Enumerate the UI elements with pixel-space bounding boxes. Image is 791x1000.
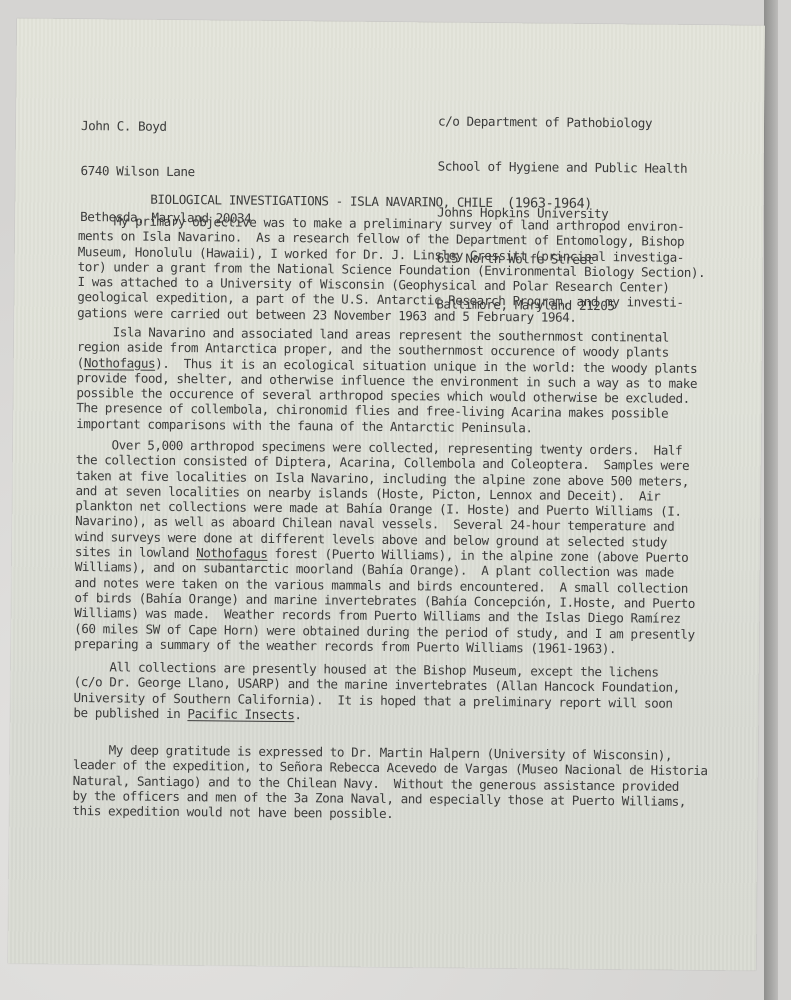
underlined-term: Pacific Insects (187, 706, 294, 722)
paragraph-setting: Isla Navarino and associated land areas … (76, 324, 698, 437)
title-text: BIOLOGICAL INVESTIGATIONS - ISLA NAVARIN… (150, 192, 492, 210)
underlined-term: Nothofagus (196, 545, 267, 561)
page-edge-shadow (764, 0, 778, 1000)
paragraph-acknowledgements: My deep gratitude is expressed to Dr. Ma… (72, 742, 707, 825)
underlined-term: Nothofagus (84, 355, 155, 371)
paragraph-collections: Over 5,000 arthropod specimens were coll… (74, 437, 697, 657)
paragraph-objective: My primary objective was to make a preli… (77, 213, 706, 326)
title-years: (1963-1964) (507, 195, 592, 212)
paragraph-housing: All collections are presently housed at … (73, 659, 680, 726)
institution-line: School of Hygiene and Public Health (438, 159, 688, 177)
sender-name: John C. Boyd (81, 118, 252, 135)
sender-street: 6740 Wilson Lane (80, 164, 251, 181)
institution-line: c/o Department of Pathobiology (438, 113, 688, 131)
typed-letter-page: John C. Boyd 6740 Wilson Lane Bethesda, … (8, 18, 765, 970)
